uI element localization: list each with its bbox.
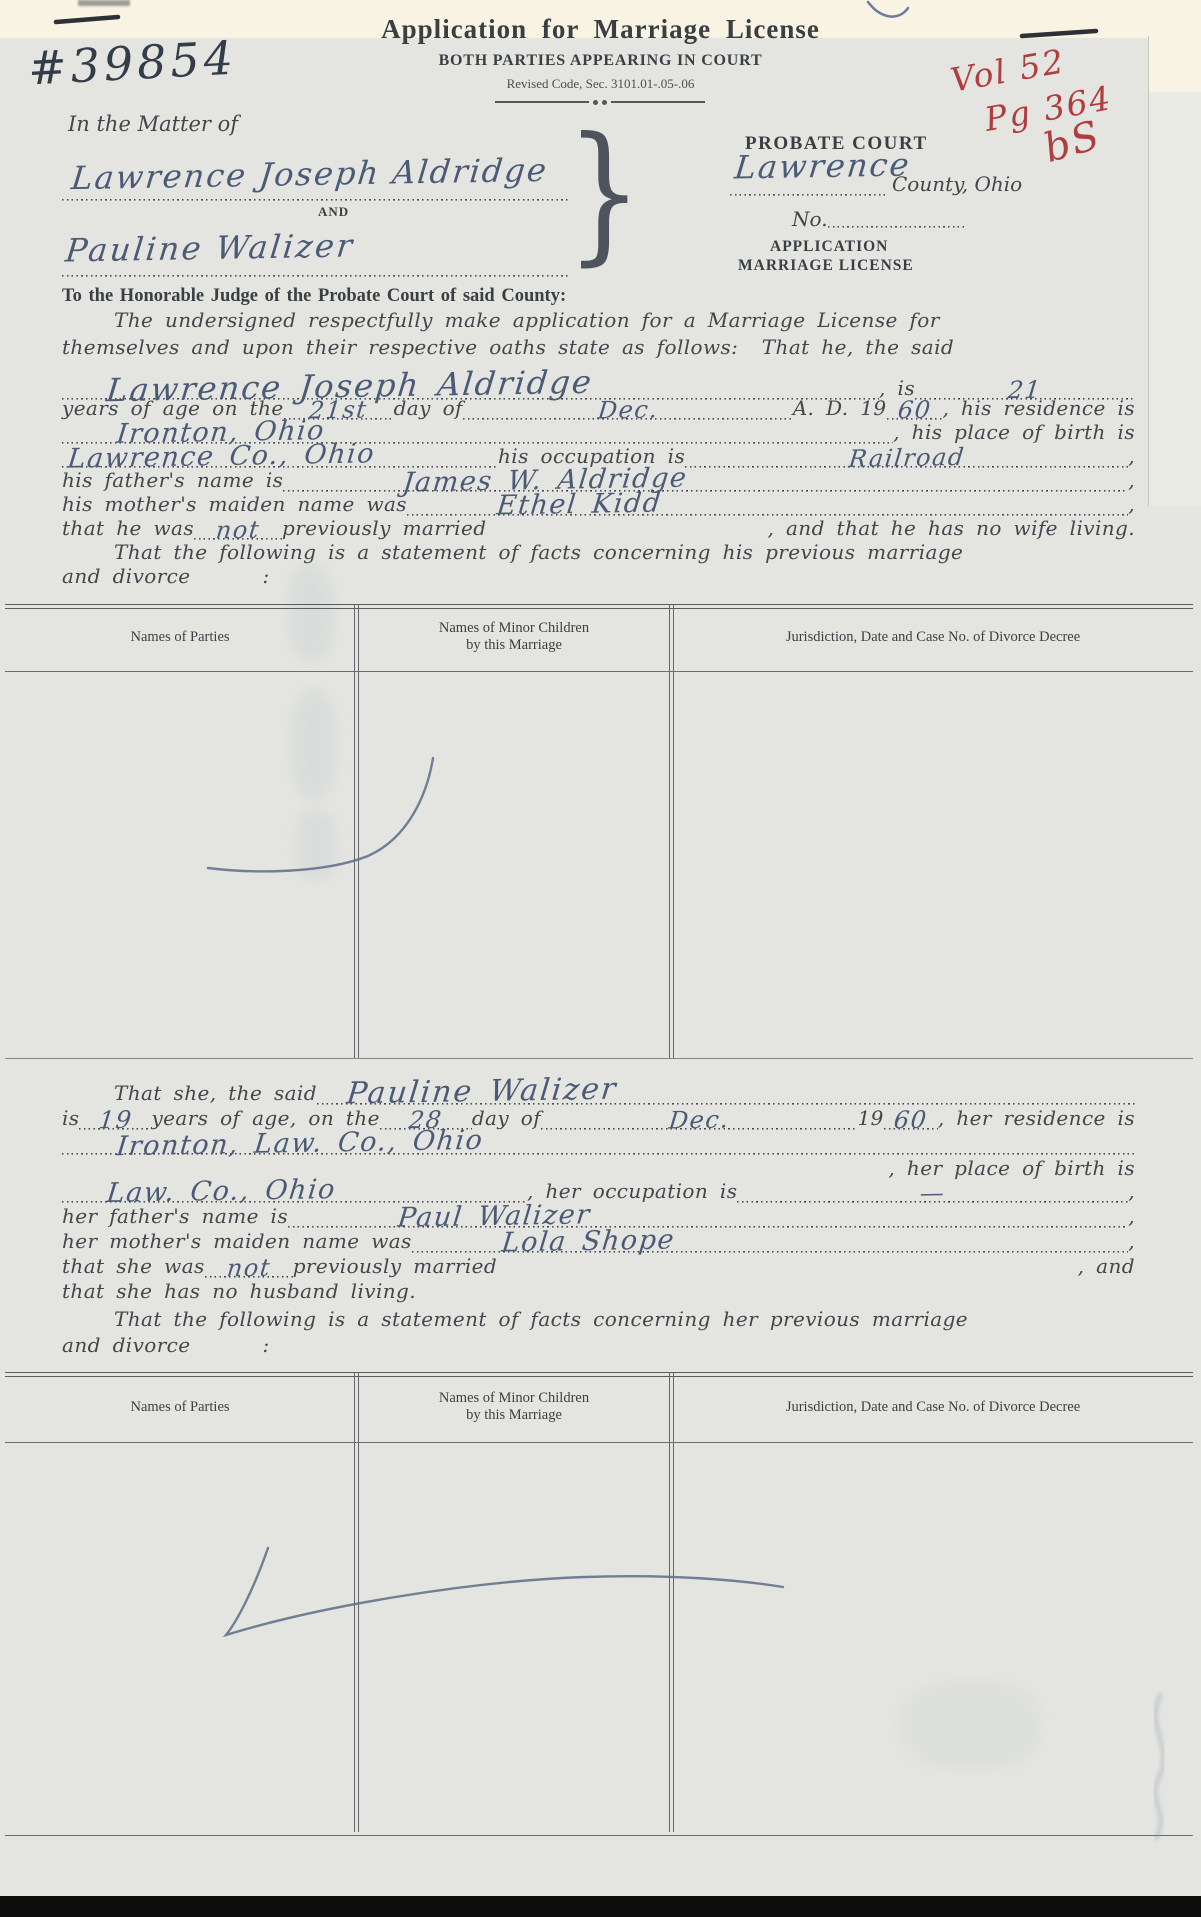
- her-name-handwritten: Pauline Walizer: [345, 1075, 619, 1110]
- para-her-line3: Ironton, Law. Co., Ohio: [62, 1131, 1135, 1155]
- text: ,: [1128, 1229, 1135, 1253]
- text: that she was: [62, 1254, 205, 1278]
- para-his-line8: his mother's maiden name was Ethel Kidd …: [62, 492, 1135, 516]
- para-his-line9: that he was not previously married , and…: [62, 516, 1135, 540]
- text: A. D. 19: [793, 396, 887, 420]
- and-label: AND: [318, 204, 349, 220]
- text: ,: [1128, 1179, 1135, 1203]
- in-the-matter-of-label: In the Matter of: [68, 112, 238, 136]
- table-header-row: Names of Parties Names of Minor Children…: [5, 1373, 1193, 1443]
- text: her mother's maiden name was: [62, 1229, 412, 1253]
- his-mother-handwritten: Ethel Kidd: [495, 490, 663, 520]
- application-label: APPLICATION: [770, 238, 888, 256]
- county-ohio-label: County, Ohio: [892, 172, 1022, 196]
- file-number-annotation: #39854: [27, 35, 238, 92]
- party1-name-handwritten: Lawrence Joseph Aldridge: [70, 154, 550, 194]
- her-occupation-handwritten: —: [919, 1181, 947, 1205]
- para-his-line10: That the following is a statement of fac…: [62, 540, 1135, 564]
- her-not-handwritten: not: [225, 1256, 272, 1281]
- para-her-line7: her mother's maiden name was Lola Shope …: [62, 1229, 1135, 1253]
- text: ,: [1128, 492, 1135, 516]
- text: that he was: [62, 516, 194, 540]
- text: , his place of birth is: [893, 420, 1135, 444]
- text: The undersigned respectfully make applic…: [114, 308, 940, 332]
- her-month-handwritten: Dec.: [668, 1107, 731, 1132]
- table-col2-header: Names of Minor Children by this Marriage: [359, 620, 669, 654]
- marriage-license-application-scan: Application for Marriage License BOTH PA…: [0, 0, 1201, 1917]
- cutoff-text-mark: [78, 0, 130, 6]
- table-divider: [669, 605, 674, 1059]
- salutation: To the Honorable Judge of the Probate Co…: [62, 286, 566, 307]
- text: That the following is a statement of fac…: [114, 1307, 968, 1331]
- para-his-line2: themselves and upon their respective oat…: [62, 335, 1135, 359]
- marriage-license-label: MARRIAGE LICENSE: [738, 257, 914, 275]
- table-divider: [354, 1373, 359, 1832]
- table-divider: [354, 605, 359, 1059]
- para-his-line11: and divorce :: [62, 564, 1135, 588]
- text: that she has no husband living.: [62, 1279, 416, 1303]
- case-no-label: No.: [792, 207, 828, 231]
- table-divider: [669, 1373, 674, 1832]
- para-her-line1: That she, the said Pauline Walizer: [62, 1081, 1135, 1105]
- text: , and: [1078, 1254, 1135, 1278]
- text: day of: [394, 396, 463, 420]
- party1-rule: [62, 198, 570, 201]
- text: :: [263, 564, 270, 588]
- table-header-row: Names of Parties Names of Minor Children…: [5, 605, 1193, 672]
- para-her-line2: is 19 years of age, on the 28 day of Dec…: [62, 1106, 1135, 1130]
- scan-bottom-edge: [0, 1896, 1201, 1917]
- text: previously married: [293, 1254, 497, 1278]
- county-rule: [730, 193, 888, 196]
- table-col2-header: Names of Minor Children by this Marriage: [359, 1390, 669, 1424]
- table-col1-header: Names of Parties: [5, 629, 355, 646]
- para-her-line10: That the following is a statement of fac…: [62, 1307, 1135, 1331]
- page-edge-line: [1148, 36, 1149, 506]
- text: , her place of birth is: [888, 1156, 1135, 1180]
- brace: }: [566, 104, 642, 282]
- text: and divorce: [62, 564, 191, 588]
- para-his-line1: The undersigned respectfully make applic…: [62, 308, 1135, 332]
- table-col1-header: Names of Parties: [5, 1399, 355, 1416]
- para-her-line9: that she has no husband living.: [62, 1279, 1135, 1303]
- text: , her residence is: [938, 1106, 1135, 1130]
- para-her-line6: her father's name is Paul Walizer ,: [62, 1204, 1135, 1228]
- her-mother-handwritten: Lola Shope: [500, 1226, 676, 1256]
- text: ,: [1128, 468, 1135, 492]
- his-year-handwritten: 60: [896, 398, 932, 423]
- her-age-handwritten: 19: [97, 1108, 133, 1133]
- table-bottom-rule: [5, 1835, 1193, 1836]
- text: ,: [1128, 1204, 1135, 1228]
- party2-rule: [62, 274, 570, 277]
- para-her-line8: that she was not previously married , an…: [62, 1254, 1135, 1278]
- adjacent-page-edge: [1149, 36, 1201, 506]
- text: , and that he has no wife living.: [767, 516, 1135, 540]
- text: :: [263, 1333, 270, 1357]
- party2-name-handwritten: Pauline Walizer: [64, 229, 356, 266]
- text: her father's name is: [62, 1204, 288, 1228]
- text: and divorce: [62, 1333, 191, 1357]
- para-her-line5: Law. Co., Ohio , her occupation is — ,: [62, 1179, 1135, 1203]
- her-previous-marriage-table: Names of Parties Names of Minor Children…: [5, 1372, 1193, 1836]
- text: is: [62, 1106, 79, 1130]
- text: , his residence is: [943, 396, 1135, 420]
- county-handwritten: Lawrence: [733, 148, 912, 183]
- case-no-rule: [828, 225, 964, 228]
- text: themselves and upon their respective oat…: [62, 335, 954, 359]
- text: 19: [858, 1106, 884, 1130]
- para-her-line11: and divorce :: [62, 1333, 1135, 1357]
- text: ,: [1128, 444, 1135, 468]
- his-previous-marriage-table: Names of Parties Names of Minor Children…: [5, 604, 1193, 1059]
- text: previously married: [282, 516, 486, 540]
- table-col3-header: Jurisdiction, Date and Case No. of Divor…: [673, 629, 1193, 646]
- text: his mother's maiden name was: [62, 492, 407, 516]
- text: his father's name is: [62, 468, 283, 492]
- his-not-handwritten: not: [215, 518, 262, 543]
- text: That she, the said: [114, 1081, 317, 1105]
- table-bottom-rule: [5, 1058, 1193, 1059]
- text: That the following is a statement of fac…: [114, 540, 963, 564]
- her-year-handwritten: 60: [893, 1108, 929, 1133]
- table-col3-header: Jurisdiction, Date and Case No. of Divor…: [673, 1399, 1193, 1416]
